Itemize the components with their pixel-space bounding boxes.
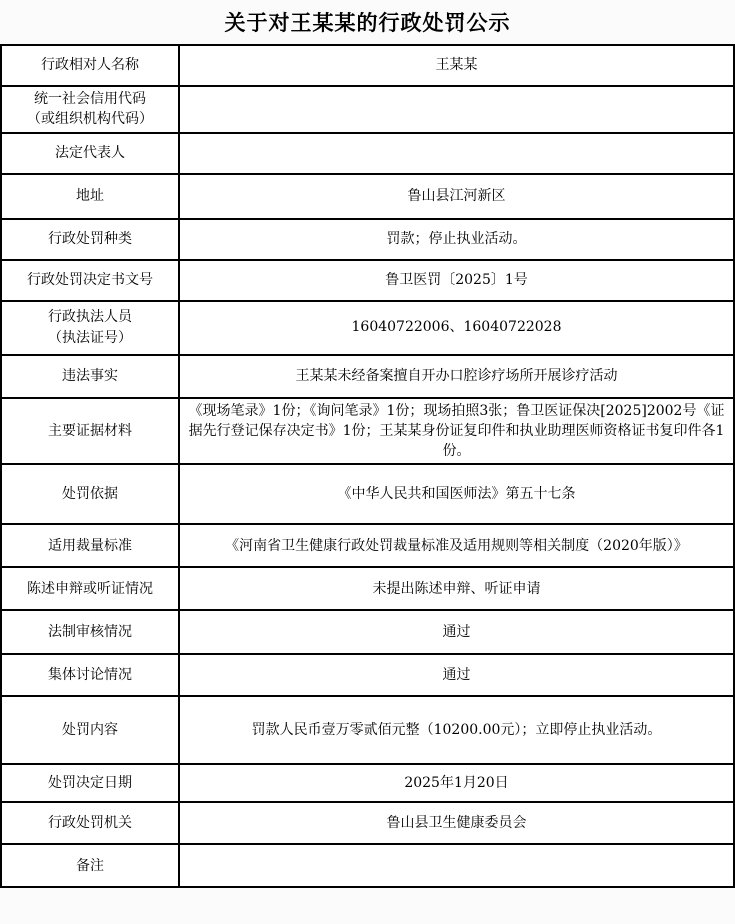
row-value: 王某某 <box>179 45 734 86</box>
row-value <box>179 86 734 133</box>
row-label: 处罚内容 <box>1 696 179 764</box>
row-label: 地址 <box>1 174 179 219</box>
row-value: 罚款；停止执业活动。 <box>179 219 734 260</box>
row-value: 鲁卫医罚〔2025〕1号 <box>179 260 734 301</box>
row-value <box>179 133 734 174</box>
row-label: 违法事实 <box>1 355 179 398</box>
table-row: 违法事实 王某某未经备案擅自开办口腔诊疗场所开展诊疗活动 <box>1 355 734 398</box>
row-label: 法定代表人 <box>1 133 179 174</box>
row-label: 集体讨论情况 <box>1 654 179 696</box>
row-label: 行政处罚决定书文号 <box>1 260 179 301</box>
row-value: 罚款人民币壹万零贰佰元整（10200.00元）；立即停止执业活动。 <box>179 696 734 764</box>
row-value: 2025年1月20日 <box>179 764 734 802</box>
row-value: 《现场笔录》1份；《询问笔录》1份；现场拍照3张；鲁卫医证保决[2025]200… <box>179 398 734 465</box>
row-value: 鲁山县卫生健康委员会 <box>179 802 734 844</box>
table-row: 集体讨论情况 通过 <box>1 654 734 696</box>
table-row: 地址 鲁山县江河新区 <box>1 174 734 219</box>
table-row: 适用裁量标准 《河南省卫生健康行政处罚裁量标准及适用规则等相关制度（2020年版… <box>1 524 734 567</box>
row-value: 未提出陈述申辩、听证申请 <box>179 567 734 610</box>
row-value: 王某某未经备案擅自开办口腔诊疗场所开展诊疗活动 <box>179 355 734 398</box>
table-row: 法定代表人 <box>1 133 734 174</box>
row-label: 适用裁量标准 <box>1 524 179 567</box>
table-row: 处罚内容 罚款人民币壹万零贰佰元整（10200.00元）；立即停止执业活动。 <box>1 696 734 764</box>
row-value: 鲁山县江河新区 <box>179 174 734 219</box>
row-value <box>179 844 734 887</box>
row-label: 行政相对人名称 <box>1 45 179 86</box>
page-title: 关于对王某某的行政处罚公示 <box>225 7 511 37</box>
table-row: 处罚依据 《中华人民共和国医师法》第五十七条 <box>1 464 734 524</box>
row-label: 备注 <box>1 844 179 887</box>
row-label: 统一社会信用代码 （或组织机构代码） <box>1 86 179 133</box>
penalty-announcement-page: 关于对王某某的行政处罚公示 行政相对人名称 王某某 统一社会信用代码 （或组织机… <box>0 0 735 924</box>
row-value: 通过 <box>179 654 734 696</box>
table-row: 行政执法人员 （执法证号） 16040722006、16040722028 <box>1 301 734 355</box>
table-row: 行政处罚机关 鲁山县卫生健康委员会 <box>1 802 734 844</box>
row-label: 行政处罚种类 <box>1 219 179 260</box>
row-label: 处罚依据 <box>1 464 179 524</box>
table-row: 陈述申辩或听证情况 未提出陈述申辩、听证申请 <box>1 567 734 610</box>
table-row: 行政处罚决定书文号 鲁卫医罚〔2025〕1号 <box>1 260 734 301</box>
table-row: 主要证据材料 《现场笔录》1份；《询问笔录》1份；现场拍照3张；鲁卫医证保决[2… <box>1 398 734 465</box>
row-label: 行政执法人员 （执法证号） <box>1 301 179 355</box>
row-label: 法制审核情况 <box>1 610 179 654</box>
row-value: 16040722006、16040722028 <box>179 301 734 355</box>
table-row: 行政相对人名称 王某某 <box>1 45 734 86</box>
row-label: 陈述申辩或听证情况 <box>1 567 179 610</box>
penalty-table: 行政相对人名称 王某某 统一社会信用代码 （或组织机构代码） 法定代表人 地址 … <box>0 44 735 888</box>
table-row: 处罚决定日期 2025年1月20日 <box>1 764 734 802</box>
table-row: 行政处罚种类 罚款；停止执业活动。 <box>1 219 734 260</box>
row-value: 通过 <box>179 610 734 654</box>
row-label: 行政处罚机关 <box>1 802 179 844</box>
table-row: 备注 <box>1 844 734 887</box>
row-value: 《中华人民共和国医师法》第五十七条 <box>179 464 734 524</box>
table-row: 法制审核情况 通过 <box>1 610 734 654</box>
title-band: 关于对王某某的行政处罚公示 <box>0 0 735 44</box>
row-value: 《河南省卫生健康行政处罚裁量标准及适用规则等相关制度（2020年版）》 <box>179 524 734 567</box>
row-label: 处罚决定日期 <box>1 764 179 802</box>
table-row: 统一社会信用代码 （或组织机构代码） <box>1 86 734 133</box>
row-label: 主要证据材料 <box>1 398 179 465</box>
